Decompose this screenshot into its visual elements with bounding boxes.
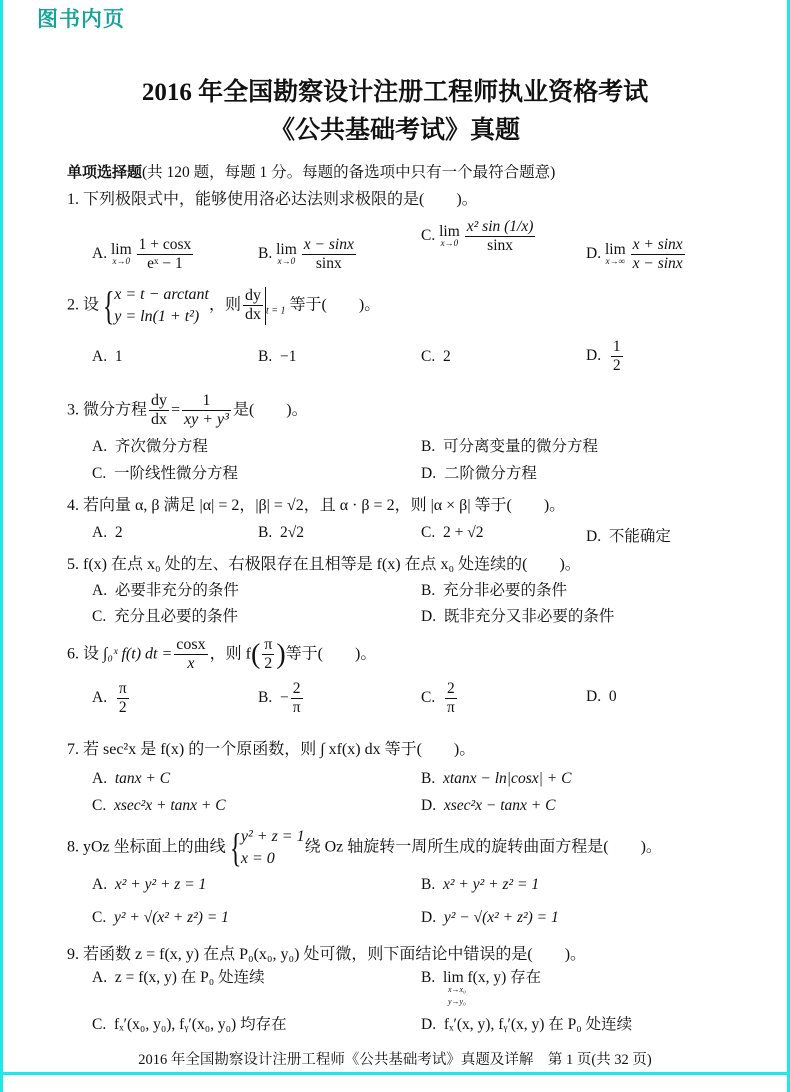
q1-option-a: A. limx→01 + cosxeˣ − 1 bbox=[92, 236, 195, 273]
section-label: 单项选择题 bbox=[67, 163, 142, 181]
q7-option-c: C. xsec²x + tanx + C bbox=[92, 797, 226, 815]
q9-option-a: A. z = f(x, y) 在 P₀ 处连续 bbox=[92, 965, 265, 987]
q6-option-d: D. 0 bbox=[586, 688, 617, 706]
q4-option-d: D. 不能确定 bbox=[586, 524, 671, 546]
section-note: (共 120 题，每题 1 分。每题的备选项中只有一个最符合题意) bbox=[142, 164, 555, 181]
q1-option-d: D. limx→∞x + sinxx − sinx bbox=[586, 236, 687, 273]
q4-option-c: C. 2 + √2 bbox=[421, 524, 483, 542]
question-5: 5. f(x) 在点 x₀ 处的左、右极限存在且相等是 f(x) 在点 x₀ 处… bbox=[67, 551, 581, 574]
q6-option-a: A. π2 bbox=[92, 680, 131, 717]
q7-option-b: B. xtanx − ln|cosx| + C bbox=[421, 770, 571, 788]
page-footer: 2016 年全国勘察设计注册工程师《公共基础考试》真题及详解 第 1 页(共 3… bbox=[0, 1048, 790, 1069]
q8-option-c: C. y² + √(x² + z²) = 1 bbox=[92, 909, 229, 927]
section-heading: 单项选择题(共 120 题，每题 1 分。每题的备选项中只有一个最符合题意) bbox=[67, 160, 555, 182]
frame-left-border bbox=[0, 0, 3, 1092]
q7-option-a: A. tanx + C bbox=[92, 770, 170, 788]
q7-option-d: D. xsec²x − tanx + C bbox=[421, 797, 555, 815]
q3-option-a: A. 齐次微分方程 bbox=[92, 434, 208, 456]
question-7: 7. 若 sec²x 是 f(x) 的一个原函数，则 ∫ xf(x) dx 等于… bbox=[67, 736, 475, 759]
question-4: 4. 若向量 α, β 满足 |α| = 2，|β| = √2，且 α · β … bbox=[67, 492, 565, 515]
q2-option-d: D. 12 bbox=[586, 338, 625, 375]
question-6: 6. 设 ∫₀ˣ f(t) dt =cosxx，则 f(π2)等于( )。 bbox=[67, 636, 376, 674]
q5-option-c: C. 充分且必要的条件 bbox=[92, 604, 238, 626]
question-2: 2. 设{x = t − arctanty = ln(1 + t²)，则dydx… bbox=[67, 284, 380, 327]
q2-option-a: A. 1 bbox=[92, 348, 123, 366]
q2-option-c: C. 2 bbox=[421, 348, 451, 366]
q8-option-d: D. y² − √(x² + z²) = 1 bbox=[421, 909, 559, 927]
q8-option-b: B. x² + y² + z² = 1 bbox=[421, 876, 539, 894]
q9-option-c: C. fₓ′(x₀, y₀), fᵧ′(x₀, y₀) 均存在 bbox=[92, 1012, 287, 1034]
q9-option-d: D. fₓ′(x, y), fᵧ′(x, y) 在 P₀ 处连续 bbox=[421, 1012, 632, 1034]
question-8: 8. yOz 坐标面上的曲线{y² + z = 1x = 0绕 Oz 轴旋转一周… bbox=[67, 826, 662, 869]
q8-option-a: A. x² + y² + z = 1 bbox=[92, 876, 206, 894]
q1-option-c: C. limx→0x² sin (1/x)sinx bbox=[421, 218, 537, 255]
header-tag: 图书内页 bbox=[37, 3, 125, 33]
q4-option-b: B. 2√2 bbox=[258, 524, 304, 542]
q6-option-c: C. 2π bbox=[421, 680, 459, 717]
question-1: 1. 下列极限式中，能够使用洛必达法则求极限的是( )。 bbox=[67, 186, 478, 209]
question-number: 1. bbox=[67, 191, 79, 208]
q3-option-d: D. 二阶微分方程 bbox=[421, 461, 537, 483]
page-title-line2: 《公共基础考试》真题 bbox=[0, 110, 790, 146]
q4-option-a: A. 2 bbox=[92, 524, 123, 542]
q5-option-b: B. 充分非必要的条件 bbox=[421, 578, 567, 600]
q3-option-c: C. 一阶线性微分方程 bbox=[92, 461, 238, 483]
q5-option-a: A. 必要非充分的条件 bbox=[92, 578, 239, 600]
q1-option-b: B. limx→0x − sinxsinx bbox=[258, 236, 358, 273]
q3-option-b: B. 可分离变量的微分方程 bbox=[421, 434, 598, 456]
frame-bottom-border bbox=[0, 1072, 790, 1075]
question-3: 3. 微分方程dydx=1xy + y³是( )。 bbox=[67, 392, 308, 430]
q9-option-b: B. lim f(x, y) 存在 x→x₀y→y₀ bbox=[421, 965, 541, 987]
question-stem: 下列极限式中，能够使用洛必达法则求极限的是( )。 bbox=[83, 191, 478, 208]
q2-option-b: B. −1 bbox=[258, 348, 296, 366]
question-9: 9. 若函数 z = f(x, y) 在点 P₀(x₀, y₀) 处可微，则下面… bbox=[67, 941, 586, 964]
page-title-line1: 2016 年全国勘察设计注册工程师执业资格考试 bbox=[0, 72, 790, 108]
q6-option-b: B. −2π bbox=[258, 680, 305, 717]
q5-option-d: D. 既非充分又非必要的条件 bbox=[421, 604, 614, 626]
